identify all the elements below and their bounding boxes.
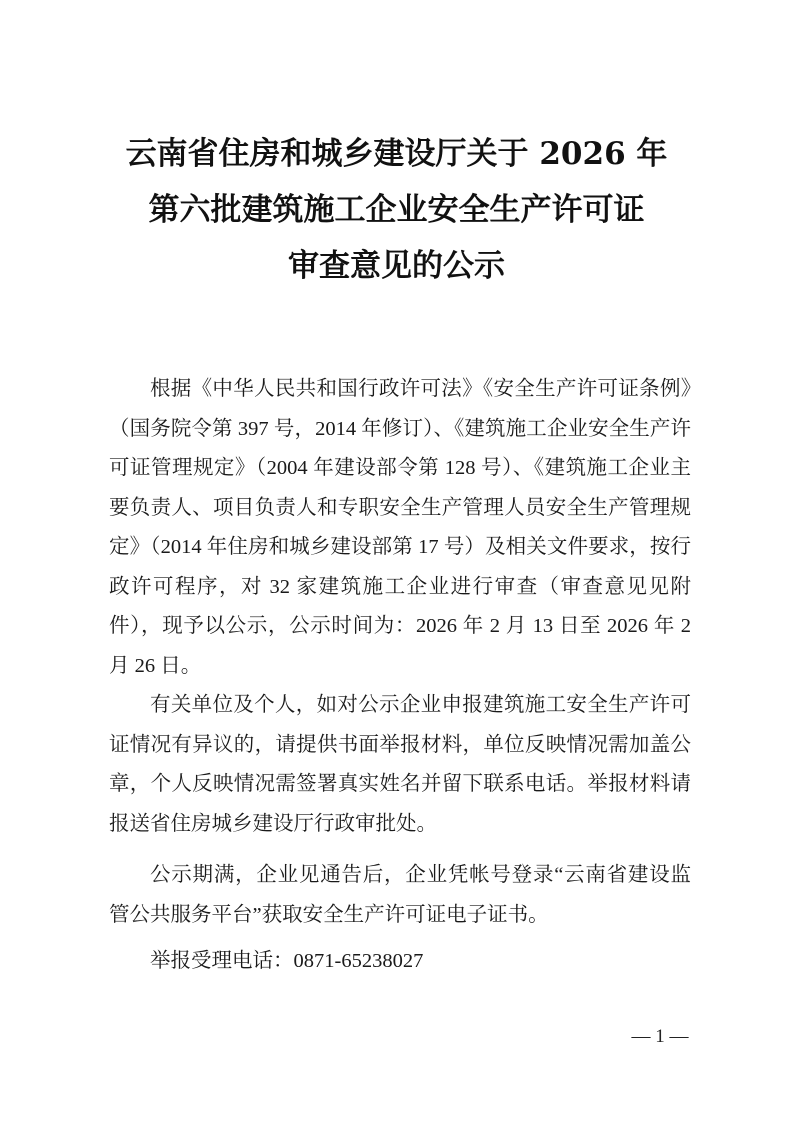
page-number: — 1 — [620, 1026, 700, 1048]
paragraph-legal-basis: 根据《中华人民共和国行政许可法》《安全生产许可证条例》（国务院令第 397 号，… [109, 370, 691, 686]
paragraph-certificate: 公示期满，企业见通告后，企业凭帐号登录“云南省建设监管公共服务平台”获取安全生产… [109, 856, 691, 935]
title-line-3: 审查意见的公示 [0, 246, 793, 286]
paragraph-text: 有关单位及个人，如对公示企业申报建筑施工安全生产许可证情况有异议的，请提供书面举… [109, 686, 691, 844]
paragraph-text: 公示期满，企业见通告后，企业凭帐号登录“云南省建设监管公共服务平台”获取安全生产… [109, 856, 691, 935]
paragraph-text: 根据《中华人民共和国行政许可法》《安全生产许可证条例》（国务院令第 397 号，… [109, 370, 691, 686]
title-line-1: 云南省住房和城乡建设厅关于 2026 年 [0, 134, 793, 174]
document-page: 云南省住房和城乡建设厅关于 2026 年 第六批建筑施工企业安全生产许可证 审查… [0, 0, 793, 1122]
paragraph-hotline: 举报受理电话：0871-65238027 [109, 942, 691, 982]
title-line-2: 第六批建筑施工企业安全生产许可证 [0, 190, 793, 230]
paragraph-objection: 有关单位及个人，如对公示企业申报建筑施工安全生产许可证情况有异议的，请提供书面举… [109, 686, 691, 844]
paragraph-text: 举报受理电话：0871-65238027 [109, 942, 691, 982]
